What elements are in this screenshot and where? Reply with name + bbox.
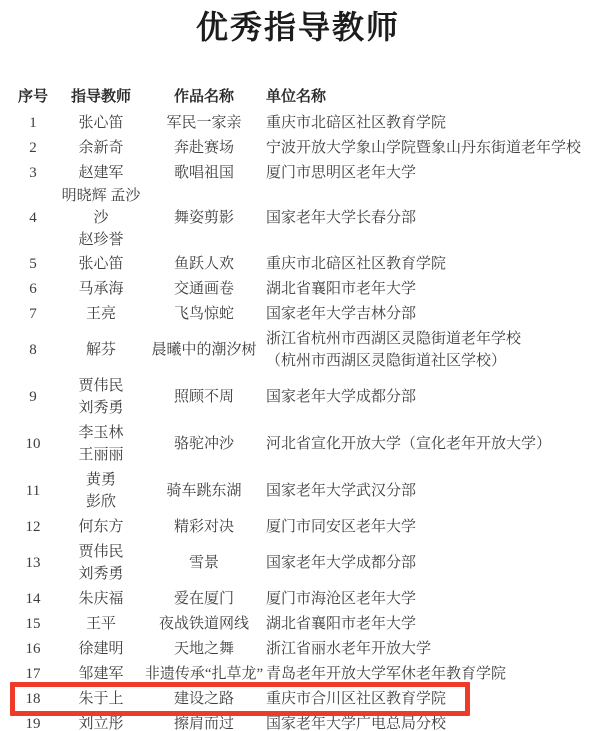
cell-teacher: 马承海 bbox=[58, 276, 144, 301]
cell-no: 8 bbox=[8, 326, 58, 373]
table-row: 2 余新奇 奔赴赛场 宁波开放大学象山学院暨象山丹东街道老年学校 bbox=[8, 135, 592, 160]
cell-teacher: 王平 bbox=[58, 611, 144, 636]
cell-no: 9 bbox=[8, 373, 58, 420]
table-row: 3 赵建军 歌唱祖国 厦门市思明区老年大学 bbox=[8, 160, 592, 185]
table-row: 4 明晓辉 孟沙沙 赵珍誉 舞姿剪影 国家老年大学长春分部 bbox=[8, 185, 592, 251]
cell-work: 爱在厦门 bbox=[144, 586, 264, 611]
cell-teacher: 李玉林 王丽丽 bbox=[58, 420, 144, 467]
cell-work: 雪景 bbox=[144, 539, 264, 586]
cell-teacher: 黄勇 彭欣 bbox=[58, 467, 144, 514]
cell-teacher: 解芬 bbox=[58, 326, 144, 373]
table-row: 16 徐建明 天地之舞 浙江省丽水老年开放大学 bbox=[8, 636, 592, 661]
table-row: 6 马承海 交通画卷 湖北省襄阳市老年大学 bbox=[8, 276, 592, 301]
cell-teacher: 刘立彤 bbox=[58, 711, 144, 731]
cell-unit: 湖北省襄阳市老年大学 bbox=[264, 276, 592, 301]
cell-teacher: 张心笛 bbox=[58, 110, 144, 135]
cell-no: 13 bbox=[8, 539, 58, 586]
cell-teacher: 王亮 bbox=[58, 301, 144, 326]
cell-work: 鱼跃人欢 bbox=[144, 251, 264, 276]
cell-work: 照顾不周 bbox=[144, 373, 264, 420]
table-row: 15 王平 夜战铁道网线 湖北省襄阳市老年大学 bbox=[8, 611, 592, 636]
cell-teacher: 贾伟民 刘秀勇 bbox=[58, 539, 144, 586]
cell-no: 10 bbox=[8, 420, 58, 467]
cell-no: 18 bbox=[8, 686, 58, 711]
cell-work: 天地之舞 bbox=[144, 636, 264, 661]
cell-unit: 重庆市北碚区社区教育学院 bbox=[264, 251, 592, 276]
cell-work: 飞鸟惊蛇 bbox=[144, 301, 264, 326]
cell-teacher: 朱于上 bbox=[58, 686, 144, 711]
table-row: 5 张心笛 鱼跃人欢 重庆市北碚区社区教育学院 bbox=[8, 251, 592, 276]
cell-unit: 国家老年大学吉林分部 bbox=[264, 301, 592, 326]
cell-work: 擦肩而过 bbox=[144, 711, 264, 731]
cell-work: 骆驼冲沙 bbox=[144, 420, 264, 467]
document-page: 优秀指导教师 序号 指导教师 作品名称 单位名称 1 张心笛 军民一家亲 重庆市… bbox=[0, 6, 596, 731]
cell-no: 14 bbox=[8, 586, 58, 611]
cell-work: 军民一家亲 bbox=[144, 110, 264, 135]
table-body: 1 张心笛 军民一家亲 重庆市北碚区社区教育学院 2 余新奇 奔赴赛场 宁波开放… bbox=[8, 110, 592, 731]
cell-no: 6 bbox=[8, 276, 58, 301]
cell-no: 19 bbox=[8, 711, 58, 731]
cell-teacher: 明晓辉 孟沙沙 赵珍誉 bbox=[58, 185, 144, 251]
cell-no: 3 bbox=[8, 160, 58, 185]
cell-work: 非遗传承“扎草龙” bbox=[144, 661, 264, 686]
table-row: 12 何东方 精彩对决 厦门市同安区老年大学 bbox=[8, 514, 592, 539]
cell-teacher: 朱庆福 bbox=[58, 586, 144, 611]
cell-work: 舞姿剪影 bbox=[144, 185, 264, 251]
cell-work: 建设之路 bbox=[144, 686, 264, 711]
cell-no: 4 bbox=[8, 185, 58, 251]
cell-work: 晨曦中的潮汐树 bbox=[144, 326, 264, 373]
column-header-work: 作品名称 bbox=[144, 84, 264, 110]
table-row: 19 刘立彤 擦肩而过 国家老年大学广电总局分校 bbox=[8, 711, 592, 731]
cell-teacher: 张心笛 bbox=[58, 251, 144, 276]
cell-teacher: 何东方 bbox=[58, 514, 144, 539]
cell-no: 12 bbox=[8, 514, 58, 539]
table-row: 14 朱庆福 爱在厦门 厦门市海沧区老年大学 bbox=[8, 586, 592, 611]
table-row: 10 李玉林 王丽丽 骆驼冲沙 河北省宣化开放大学（宣化老年开放大学） bbox=[8, 420, 592, 467]
cell-teacher: 贾伟民 刘秀勇 bbox=[58, 373, 144, 420]
cell-unit: 国家老年大学武汉分部 bbox=[264, 467, 592, 514]
cell-unit: 国家老年大学广电总局分校 bbox=[264, 711, 592, 731]
table-row: 8 解芬 晨曦中的潮汐树 浙江省杭州市西湖区灵隐街道老年学校 （杭州市西湖区灵隐… bbox=[8, 326, 592, 373]
cell-no: 16 bbox=[8, 636, 58, 661]
table-row: 7 王亮 飞鸟惊蛇 国家老年大学吉林分部 bbox=[8, 301, 592, 326]
cell-no: 7 bbox=[8, 301, 58, 326]
table-header-row: 序号 指导教师 作品名称 单位名称 bbox=[8, 84, 592, 110]
table-row: 9 贾伟民 刘秀勇 照顾不周 国家老年大学成都分部 bbox=[8, 373, 592, 420]
cell-unit: 厦门市思明区老年大学 bbox=[264, 160, 592, 185]
cell-unit: 宁波开放大学象山学院暨象山丹东街道老年学校 bbox=[264, 135, 592, 160]
table-row: 17 邹建军 非遗传承“扎草龙” 青岛老年开放大学军休老年教育学院 bbox=[8, 661, 592, 686]
cell-work: 歌唱祖国 bbox=[144, 160, 264, 185]
cell-no: 5 bbox=[8, 251, 58, 276]
cell-unit: 国家老年大学成都分部 bbox=[264, 539, 592, 586]
cell-unit: 浙江省丽水老年开放大学 bbox=[264, 636, 592, 661]
awards-table: 序号 指导教师 作品名称 单位名称 1 张心笛 军民一家亲 重庆市北碚区社区教育… bbox=[8, 84, 592, 731]
cell-no: 1 bbox=[8, 110, 58, 135]
cell-unit: 浙江省杭州市西湖区灵隐街道老年学校 （杭州市西湖区灵隐街道社区学校） bbox=[264, 326, 592, 373]
cell-teacher: 徐建明 bbox=[58, 636, 144, 661]
cell-unit: 国家老年大学长春分部 bbox=[264, 185, 592, 251]
cell-unit: 厦门市海沧区老年大学 bbox=[264, 586, 592, 611]
cell-work: 夜战铁道网线 bbox=[144, 611, 264, 636]
cell-no: 2 bbox=[8, 135, 58, 160]
table-row: 11 黄勇 彭欣 骑车跳东湖 国家老年大学武汉分部 bbox=[8, 467, 592, 514]
cell-unit: 重庆市北碚区社区教育学院 bbox=[264, 110, 592, 135]
cell-teacher: 邹建军 bbox=[58, 661, 144, 686]
table-row: 13 贾伟民 刘秀勇 雪景 国家老年大学成都分部 bbox=[8, 539, 592, 586]
column-header-unit: 单位名称 bbox=[264, 84, 592, 110]
cell-no: 17 bbox=[8, 661, 58, 686]
cell-teacher: 赵建军 bbox=[58, 160, 144, 185]
cell-work: 奔赴赛场 bbox=[144, 135, 264, 160]
cell-unit: 国家老年大学成都分部 bbox=[264, 373, 592, 420]
cell-teacher: 余新奇 bbox=[58, 135, 144, 160]
cell-no: 11 bbox=[8, 467, 58, 514]
cell-work: 精彩对决 bbox=[144, 514, 264, 539]
cell-work: 交通画卷 bbox=[144, 276, 264, 301]
table-row: 1 张心笛 军民一家亲 重庆市北碚区社区教育学院 bbox=[8, 110, 592, 135]
table-row-highlighted: 18 朱于上 建设之路 重庆市合川区社区教育学院 bbox=[8, 686, 592, 711]
column-header-teacher: 指导教师 bbox=[58, 84, 144, 110]
cell-unit: 厦门市同安区老年大学 bbox=[264, 514, 592, 539]
cell-unit: 河北省宣化开放大学（宣化老年开放大学） bbox=[264, 420, 592, 467]
column-header-no: 序号 bbox=[8, 84, 58, 110]
cell-unit: 湖北省襄阳市老年大学 bbox=[264, 611, 592, 636]
page-title: 优秀指导教师 bbox=[0, 6, 596, 48]
cell-work: 骑车跳东湖 bbox=[144, 467, 264, 514]
cell-unit: 青岛老年开放大学军休老年教育学院 bbox=[264, 661, 592, 686]
cell-no: 15 bbox=[8, 611, 58, 636]
cell-unit: 重庆市合川区社区教育学院 bbox=[264, 686, 592, 711]
